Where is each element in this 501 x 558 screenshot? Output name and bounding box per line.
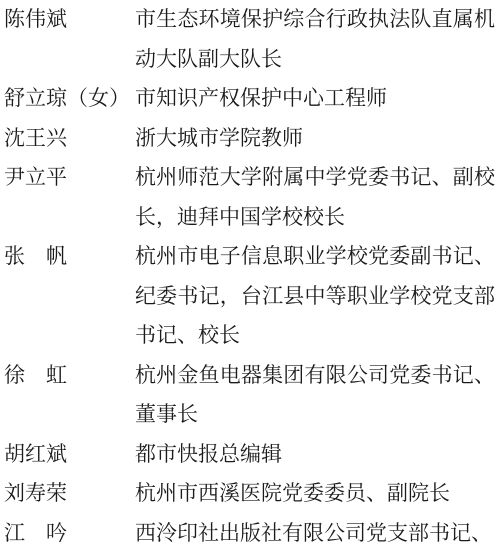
person-title: 市生态环境保护综合行政执法队直属机动大队副大队长 <box>135 0 495 79</box>
person-title: 都市快报总编辑 <box>135 435 495 475</box>
list-item: 江 吟 西泠印社出版社有限公司党支部书记、 <box>4 514 495 554</box>
list-item: 张 帆 杭州市电子信息职业学校党委副书记、纪委书记，台江县中等职业学校党支部书记… <box>4 237 495 356</box>
person-title: 杭州市西溪医院党委委员、副院长 <box>135 474 495 514</box>
person-name: 陈伟斌 <box>4 0 135 40</box>
list-item: 舒立琼（女） 市知识产权保护中心工程师 <box>4 79 495 119</box>
person-title: 西泠印社出版社有限公司党支部书记、 <box>135 514 495 554</box>
list-item: 沈王兴 浙大城市学院教师 <box>4 119 495 159</box>
document-page: 陈伟斌 市生态环境保护综合行政执法队直属机动大队副大队长 舒立琼（女） 市知识产… <box>0 0 501 558</box>
person-name: 江 吟 <box>4 514 135 554</box>
person-title: 市知识产权保护中心工程师 <box>135 79 495 119</box>
honoree-list: 陈伟斌 市生态环境保护综合行政执法队直属机动大队副大队长 舒立琼（女） 市知识产… <box>4 0 495 553</box>
person-title: 浙大城市学院教师 <box>135 119 495 159</box>
list-item: 尹立平 杭州师范大学附属中学党委书记、副校长，迪拜中国学校校长 <box>4 158 495 237</box>
person-name: 尹立平 <box>4 158 135 198</box>
person-title: 杭州金鱼电器集团有限公司党委书记、董事长 <box>135 356 495 435</box>
person-name: 张 帆 <box>4 237 135 277</box>
list-item: 陈伟斌 市生态环境保护综合行政执法队直属机动大队副大队长 <box>4 0 495 79</box>
list-item: 徐 虹 杭州金鱼电器集团有限公司党委书记、董事长 <box>4 356 495 435</box>
person-name: 舒立琼（女） <box>4 79 135 119</box>
list-item: 刘寿荣 杭州市西溪医院党委委员、副院长 <box>4 474 495 514</box>
person-name: 刘寿荣 <box>4 474 135 514</box>
person-title: 杭州师范大学附属中学党委书记、副校长，迪拜中国学校校长 <box>135 158 495 237</box>
person-name: 胡红斌 <box>4 435 135 475</box>
list-item: 胡红斌 都市快报总编辑 <box>4 435 495 475</box>
person-title: 杭州市电子信息职业学校党委副书记、纪委书记，台江县中等职业学校党支部书记、校长 <box>135 237 495 356</box>
person-name: 沈王兴 <box>4 119 135 159</box>
person-name: 徐 虹 <box>4 356 135 396</box>
